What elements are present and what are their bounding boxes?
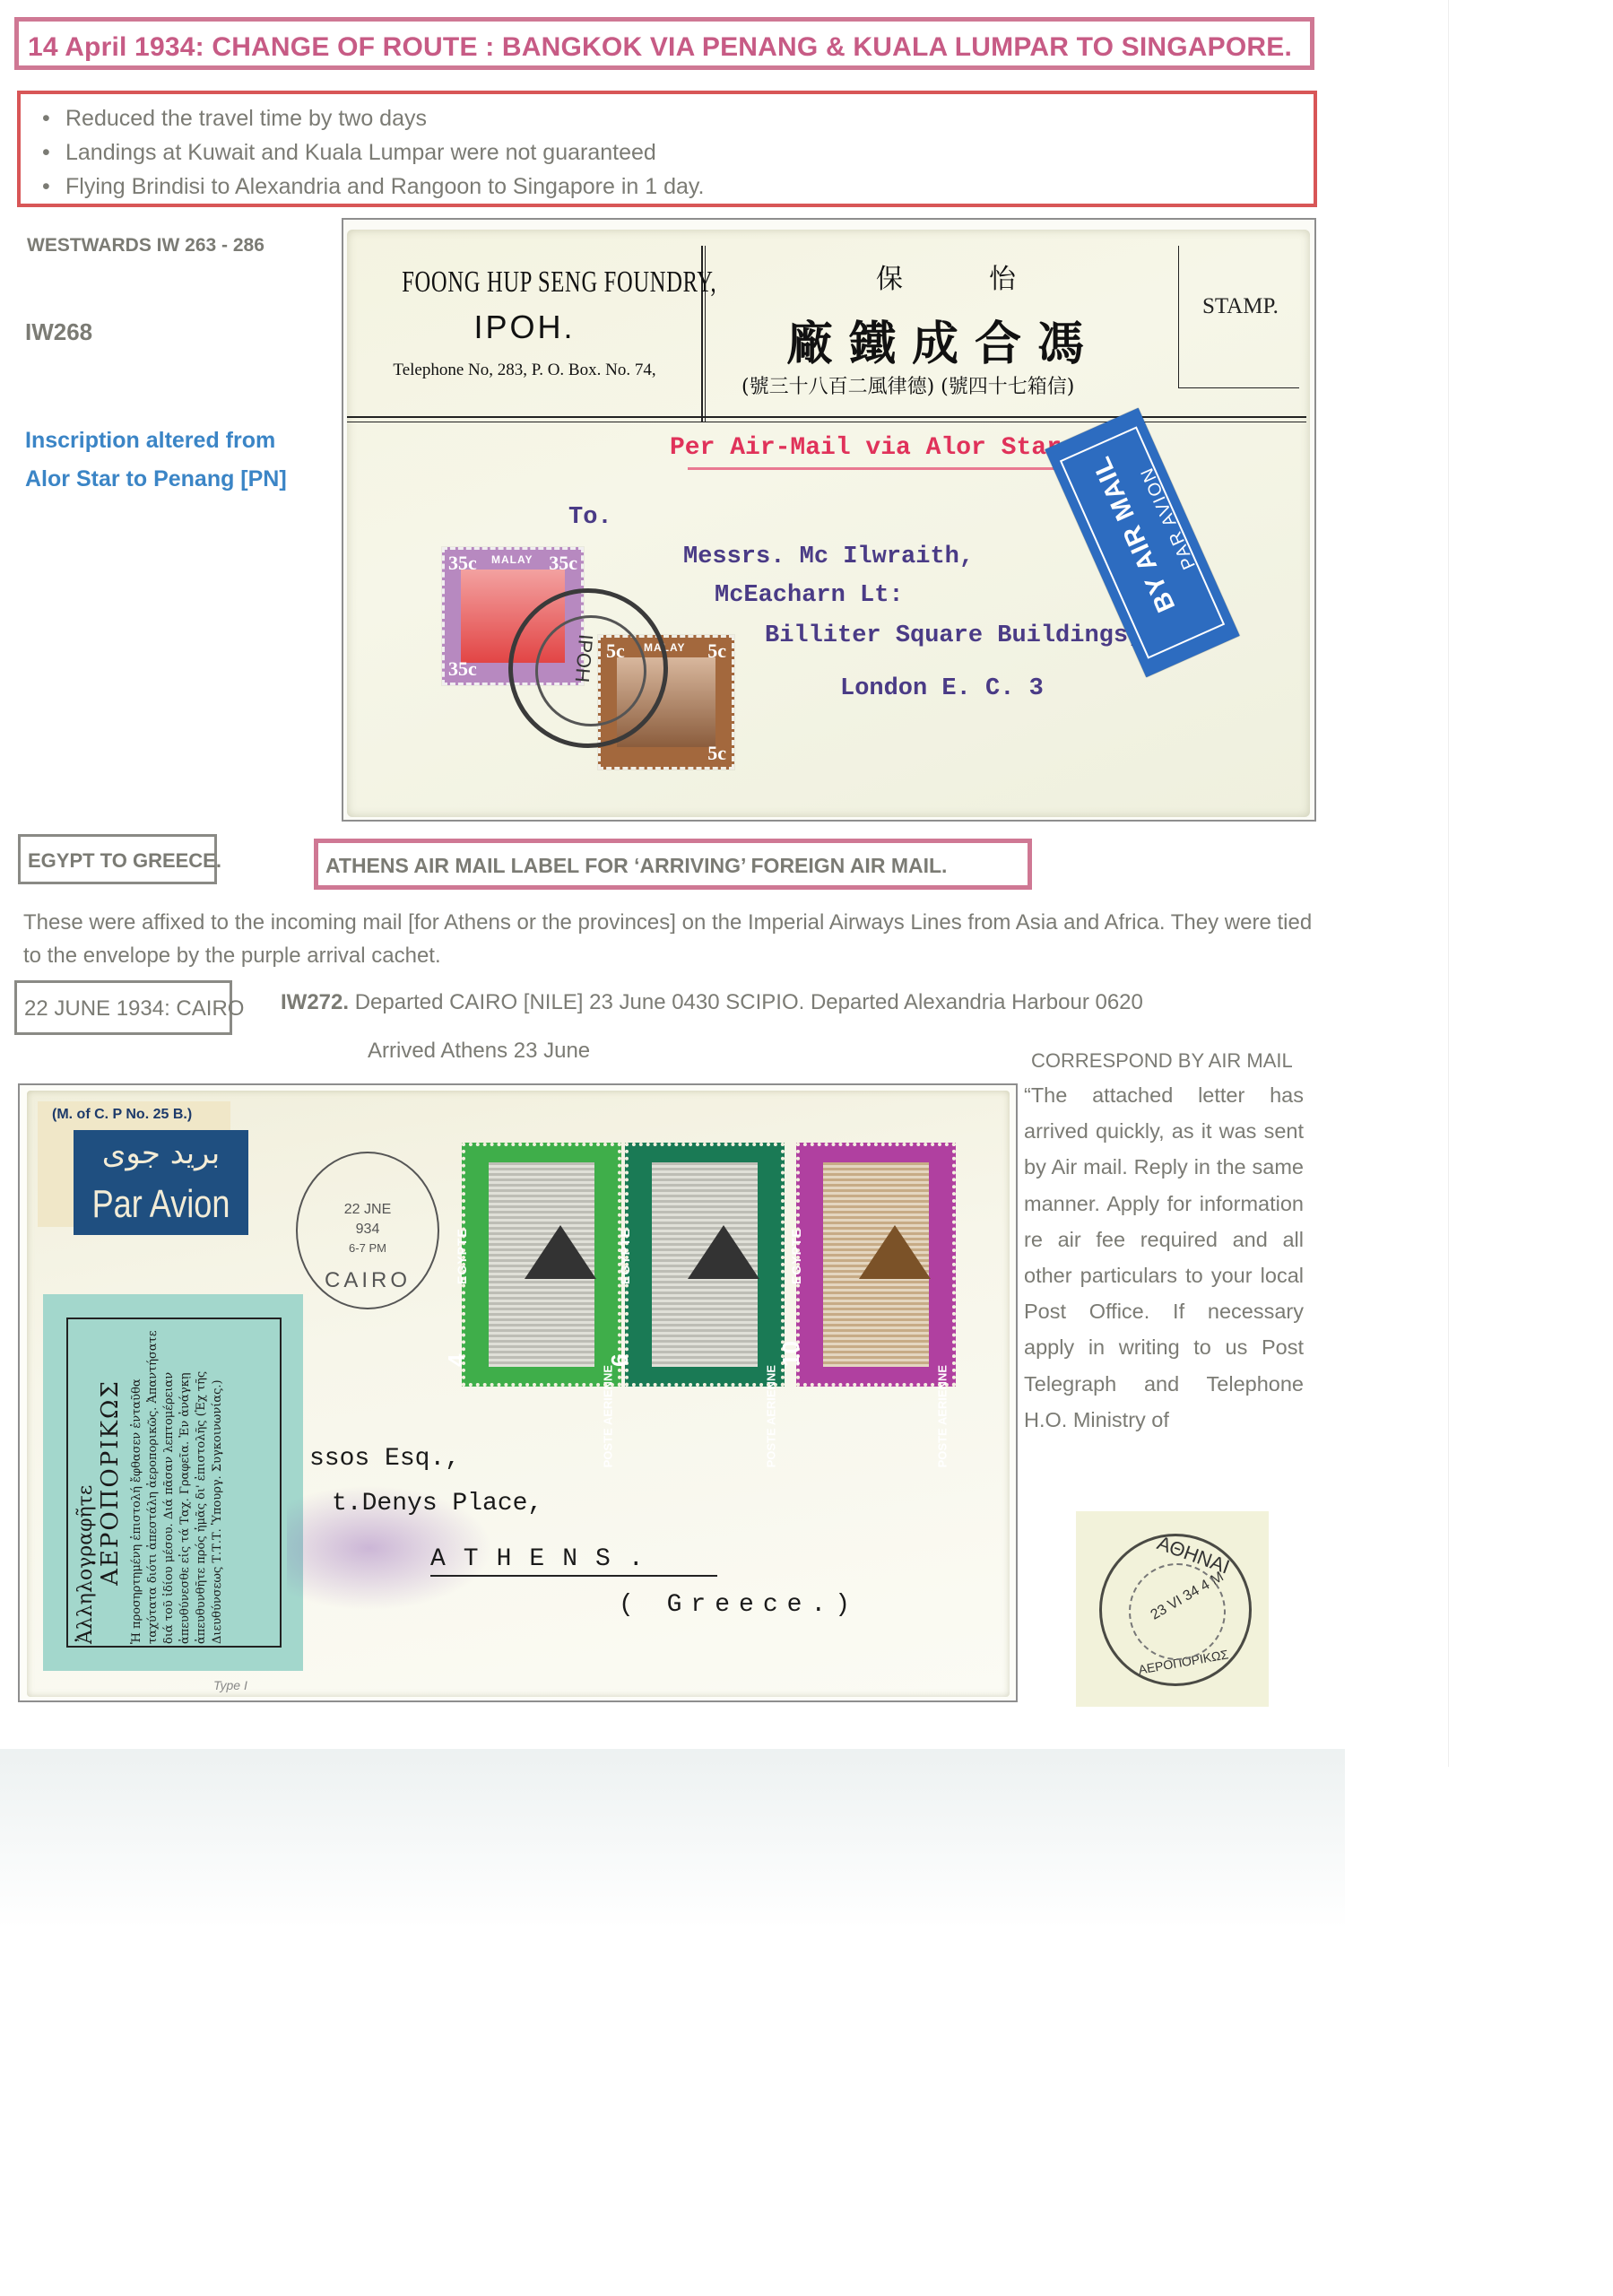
cairo-cover: (M. of C. P No. 25 B.) بريد جوى Par Avio… [27,1091,1010,1697]
address-line: ssos Esq., [309,1445,460,1473]
stamp-text: POSTE AERIENNE [764,1365,777,1467]
postmark-time: 6-7 PM [298,1241,438,1255]
label-text: Par Avion [90,1182,233,1227]
postmark-city: CAIRO [298,1268,438,1293]
athens-postmark: ΑΘΗΝΑΙ 23 VI 34 4 M ΑΕΡΟΠΟΡΙΚΩΣ [1099,1534,1252,1686]
label-title: ATHENS AIR MAIL LABEL FOR ‘ARRIVING’ FOR… [325,854,947,878]
inscription-note: Inscription altered from Alor Star to Pe… [25,422,287,499]
pyramids-vignette [489,1162,594,1367]
greek-title: ΑΕΡΟΠΟΡΙΚΩΣ [97,1321,124,1644]
scan-shadow [0,1749,1345,1928]
pyramid [525,1225,596,1279]
routing-underline [688,467,1100,470]
date-box: 22 JUNE 1934: CAIRO [14,980,232,1035]
egypt-airmail-stamp-6m: EGYPTE 6 POSTE AERIENNE [625,1143,785,1387]
greek-body: Ἡ προσηρτημένη ἐπιστολή ἔφθασεν ἐνταῦθα … [129,1321,226,1644]
egypt-airmail-stamp-10m: EGYPTE 10 POSTE AERIENNE [796,1143,956,1387]
type-annotation: Type I [213,1678,247,1692]
address-line: Messrs. Mc Ilwraith, [683,544,974,570]
country-route-box: EGYPT TO GREECE. [18,834,217,884]
stamp-text: POSTE AERIENNE [935,1365,949,1467]
label-arabic: بريد جوى [74,1135,248,1171]
stamp-country: EGYPTE [455,1228,469,1284]
postmark-date: 23 VI 34 4 M [1149,1570,1227,1624]
company-contact: Telephone No, 283, P. O. Box. No. 74, [354,361,695,380]
divider [1178,387,1299,388]
athens-arrival-label: Ἀλληλογραφῆτε ΑΕΡΟΠΟΡΙΚΩΣ Ἡ προσηρτημένη… [43,1294,303,1671]
stamp-value: 5c [707,639,726,663]
greek-heading: Ἀλληλογραφῆτε [74,1321,97,1644]
stamp-value: 35c [549,552,577,575]
routing-inscription: Per Air-Mail via Alor Star. [670,434,1077,462]
ipoh-cover: FOONG HUP SENG FOUNDRY, IPOH. Telephone … [347,230,1310,817]
flight-details: IW272. Departed CAIRO [NILE] 23 June 043… [281,990,1143,1015]
address-line: To. [568,504,612,531]
postmark-city: ΑΘΗΝΑΙ [1154,1531,1233,1578]
divider [347,416,1306,418]
address-line: Billiter Square Buildings, [765,622,1142,649]
page-title-box: 14 April 1934: CHANGE OF ROUTE : BANGKOK… [14,17,1314,70]
quote-translation: “The attached letter has arrived quickly… [1024,1077,1304,1438]
postmark-footer: ΑΕΡΟΠΟΡΙΚΩΣ [1137,1647,1229,1676]
address-line: ATHENS. [430,1545,662,1573]
stamp-value: 10 [777,1341,805,1367]
chinese-company-name: 廠鐵成合馮 [786,306,1100,373]
chinese-heading: 保怡 [876,257,1102,296]
postmark-date: 22 JNE [298,1202,438,1218]
chinese-address: (號三十八百二風律德) (號四十七箱信) [741,371,1074,399]
flight-number-label: IW268 [25,318,92,346]
route-notes-list: Reduced the travel time by two days Land… [65,101,705,204]
label-panel: بريد جوى Par Avion [74,1130,248,1235]
stamp-country: EGYPTE [618,1228,632,1284]
quote-heading: CORRESPOND BY AIR MAIL [1031,1049,1293,1073]
company-city: IPOH. [354,309,695,346]
egypt-airmail-stamp-4m: EGYPTE 4 POSTE AERIENNE [462,1143,621,1387]
par-avion-label: (M. of C. P No. 25 B.) بريد جوى Par Avio… [38,1101,230,1227]
pyramids-vignette [652,1162,758,1367]
cover-letterhead: FOONG HUP SENG FOUNDRY, IPOH. Telephone … [347,230,1310,361]
address-line: London E. C. 3 [840,675,1044,702]
label-code: (M. of C. P No. 25 B.) [52,1107,192,1123]
address-underline [430,1575,717,1577]
westwards-label: WESTWARDS IW 263 - 286 [27,235,264,257]
address-line: ( Greece.) [619,1591,859,1619]
route-notes-box: Reduced the travel time by two days Land… [17,91,1317,207]
stamp-value: 5c [707,742,726,765]
stamp-value: 4 [443,1354,471,1367]
stamp-value: 35c [448,552,477,575]
stamp-country: EGYPTE [789,1228,803,1284]
inscription-note-line: Inscription altered from [25,422,287,460]
route-note: Reduced the travel time by two days [65,101,705,135]
athens-postmark-detail: ΑΘΗΝΑΙ 23 VI 34 4 M ΑΕΡΟΠΟΡΙΚΩΣ [1076,1511,1269,1707]
address-line: McEacharn Lt: [715,582,904,609]
stamp-value: 6 [606,1354,634,1367]
stamp-country: MALAY [491,553,533,566]
arrival-info: Arrived Athens 23 June [368,1039,590,1064]
cairo-postmark: 22 JNE 934 6-7 PM CAIRO [296,1152,439,1309]
address-line: t.Denys Place, [332,1490,542,1518]
ipoh-postmark: IPOH [508,588,668,748]
country-route: EGYPT TO GREECE. [28,849,221,873]
stamp-box-label: STAMP. [1202,294,1279,319]
stamp-value: 35c [448,657,477,681]
label-content: Ἀλληλογραφῆτε ΑΕΡΟΠΟΡΙΚΩΣ Ἡ προσηρτημένη… [74,1321,272,1644]
divider [347,422,1306,422]
inscription-note-line: Alor Star to Penang [PN] [25,460,287,499]
label-description: These were affixed to the incoming mail … [23,906,1332,972]
company-name: FOONG HUP SENG FOUNDRY, [402,265,647,300]
pyramids-vignette [823,1162,929,1367]
pyramid [859,1225,931,1279]
label-title-box: ATHENS AIR MAIL LABEL FOR ‘ARRIVING’ FOR… [314,839,1032,890]
divider [1178,246,1179,387]
route-note: Flying Brindisi to Alexandria and Rangoo… [65,170,705,204]
postmark-city: IPOH [570,633,598,683]
flight-description: Departed CAIRO [NILE] 23 June 0430 SCIPI… [349,990,1143,1014]
page-title: 14 April 1934: CHANGE OF ROUTE : BANGKOK… [28,32,1292,63]
stamp-text: POSTE AERIENNE [601,1365,614,1467]
postmark-year: 934 [298,1222,438,1238]
flight-code: IW272. [281,990,349,1014]
route-note: Landings at Kuwait and Kuala Lumpar were… [65,135,705,170]
pyramid [688,1225,759,1279]
date-label: 22 JUNE 1934: CAIRO [24,996,244,1022]
page-margin-line [1448,0,1449,1767]
